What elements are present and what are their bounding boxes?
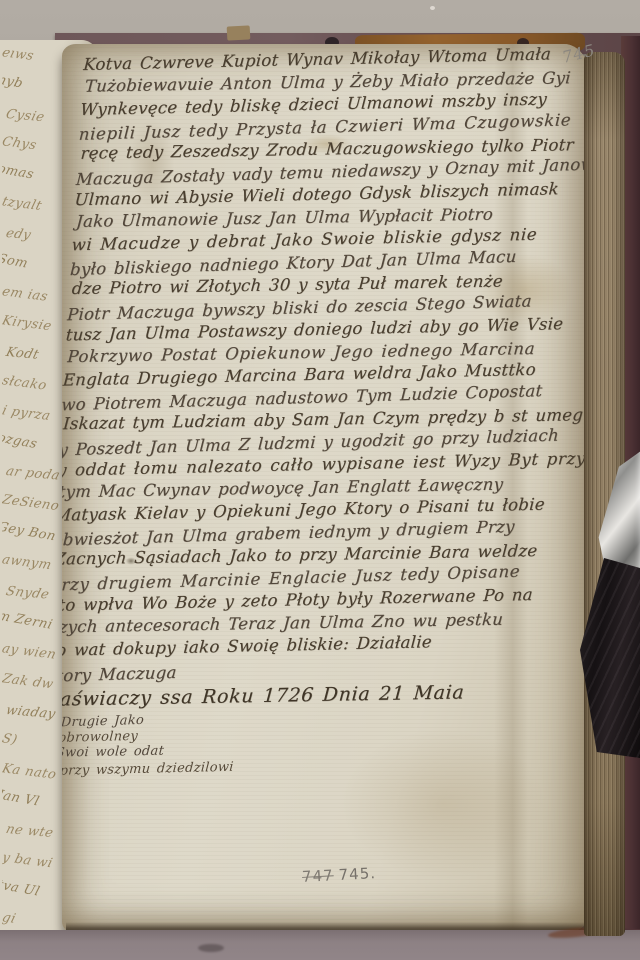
manuscript-page: Kotva Czwreve Kupiot Wynav Mikołay Wtoma… — [62, 44, 590, 932]
manuscript-photo: eiwsnybCysieChysomastzyaltedySomem iasKi… — [0, 0, 640, 960]
page-number: 745. — [338, 864, 376, 884]
cover-tab — [227, 25, 251, 40]
crossed-out-number: 747 — [302, 866, 335, 886]
manuscript-text: Kotva Czwreve Kupiot Wynav Mikołay Wtoma… — [62, 44, 582, 780]
backdrop-speck — [430, 6, 435, 10]
table-surface — [0, 930, 640, 960]
table-smudge — [198, 944, 224, 952]
